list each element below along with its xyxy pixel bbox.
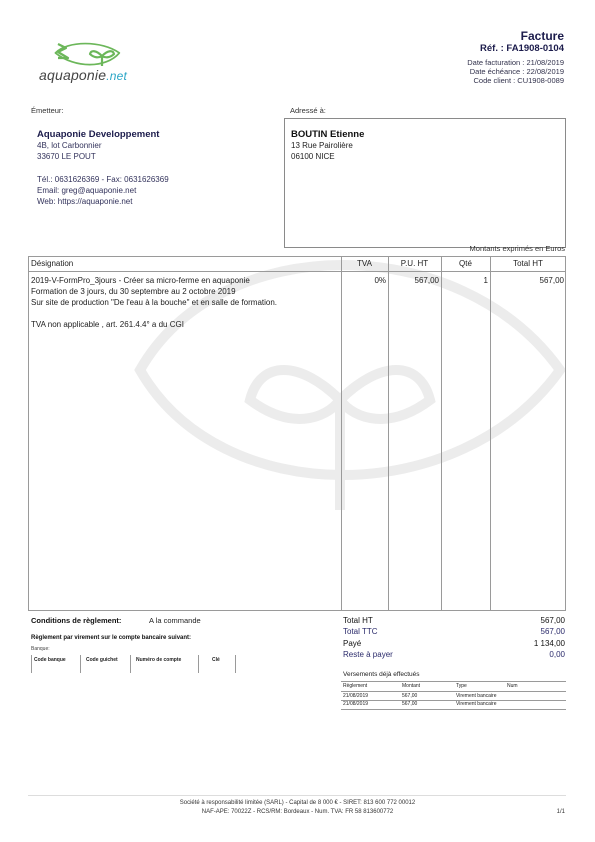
items-table [28, 256, 566, 611]
payment-type: Virement bancaire [456, 701, 497, 707]
payment-date: 21/08/2019 [343, 693, 368, 699]
logo-wordmark: aquaponie.net [39, 67, 127, 83]
logo-brand: aquaponie [39, 67, 106, 83]
bank-column-divider [80, 655, 81, 673]
column-divider [490, 256, 491, 611]
payments-divider [341, 709, 566, 710]
client-code: Code client : CU1908-0089 [474, 76, 564, 85]
recipient-address-line: 06100 NICE [291, 152, 335, 161]
bank-column-divider [130, 655, 131, 673]
logo-tld: .net [106, 69, 127, 83]
column-divider [388, 256, 389, 611]
payment-amount: 567,00 [402, 693, 417, 699]
invoice-reference: Réf. : FA1908-0104 [480, 43, 564, 54]
payment-amount: 567,00 [402, 701, 417, 707]
document-title: Facture [521, 29, 564, 43]
payment-date: 21/08/2019 [343, 701, 368, 707]
payment-terms-value: A la commande [149, 616, 201, 625]
item-tva: 0% [341, 276, 386, 285]
bank-transfer-title: Règlement par virement sur le compte ban… [31, 635, 191, 641]
currency-note: Montants exprimés en Euros [470, 244, 565, 253]
payments-divider [341, 691, 566, 692]
col-header-qty: Qté [441, 259, 490, 268]
emitter-address-line: 33670 LE POUT [37, 152, 96, 161]
bank-column-divider [235, 655, 236, 673]
column-divider [441, 256, 442, 611]
emitter-name: Aquaponie Developpement [37, 129, 159, 140]
key-header: Clé [212, 657, 220, 663]
total-ttc-label: Total TTC [343, 627, 378, 636]
emitter-web: Web: https://aquaponie.net [37, 197, 132, 206]
col-header-tva: TVA [341, 259, 388, 268]
account-number-header: Numéro de compte [136, 657, 181, 663]
bank-label: Banque: [31, 646, 50, 652]
item-designation-line: Formation de 3 jours, du 30 septembre au… [31, 287, 236, 296]
payments-divider [341, 681, 566, 682]
item-designation-line: TVA non applicable , art. 261.4.4° a du … [31, 320, 184, 329]
payments-divider [341, 700, 566, 701]
remaining-value: 0,00 [549, 650, 565, 659]
col-header-total-ht: Total HT [490, 259, 566, 268]
col-header-designation: Désignation [31, 259, 73, 268]
bank-column-divider [31, 655, 32, 673]
payments-title: Versements déjà effectués [343, 671, 419, 678]
recipient-name: BOUTIN Etienne [291, 129, 364, 140]
bank-code-header: Code banque [34, 657, 66, 663]
payments-header-type: Type [456, 683, 467, 689]
payments-header-date: Règlement [343, 683, 367, 689]
invoice-date: Date facturation : 21/08/2019 [467, 58, 564, 67]
recipient-address-line: 13 Rue Pairolière [291, 141, 353, 150]
page-number: 1/1 [557, 809, 565, 815]
branch-code-header: Code guichet [86, 657, 118, 663]
total-ht-label: Total HT [343, 616, 373, 625]
payments-header-num: Num [507, 683, 518, 689]
bank-column-divider [198, 655, 199, 673]
emitter-phone: Tél.: 0631626369 - Fax: 0631626369 [37, 175, 169, 184]
column-divider [341, 256, 342, 611]
emitter-email: Email: greg@aquaponie.net [37, 186, 136, 195]
total-ht-value: 567,00 [541, 616, 565, 625]
remaining-label: Reste à payer [343, 650, 393, 659]
footer-divider [28, 795, 566, 796]
item-total: 567,00 [490, 276, 564, 285]
table-header-divider [28, 271, 566, 272]
total-ttc-value: 567,00 [541, 627, 565, 636]
footer-legal-line-2: NAF-APE: 70022Z - RCS/RM: Bordeaux - Num… [0, 809, 595, 815]
footer-legal-line-1: Société à responsabilité limitée (SARL) … [0, 800, 595, 806]
payment-terms-label: Conditions de règlement: [31, 616, 121, 625]
paid-value: 1 134,00 [534, 639, 565, 648]
col-header-pu-ht: P.U. HT [388, 259, 441, 268]
payments-header-amount: Montant [402, 683, 420, 689]
due-date: Date échéance : 22/08/2019 [470, 67, 564, 76]
payment-type: Virement bancaire [456, 693, 497, 699]
emitter-address-line: 4B, lot Carbonnier [37, 141, 101, 150]
paid-label: Payé [343, 639, 361, 648]
item-quantity: 1 [441, 276, 488, 285]
item-designation-line: Sur site de production "De l'eau à la bo… [31, 298, 277, 307]
item-designation-line: 2019-V-FormPro_3jours - Créer sa micro-f… [31, 276, 250, 285]
item-unit-price: 567,00 [388, 276, 439, 285]
recipient-label: Adressé à: [290, 106, 326, 115]
emitter-label: Émetteur: [31, 106, 64, 115]
